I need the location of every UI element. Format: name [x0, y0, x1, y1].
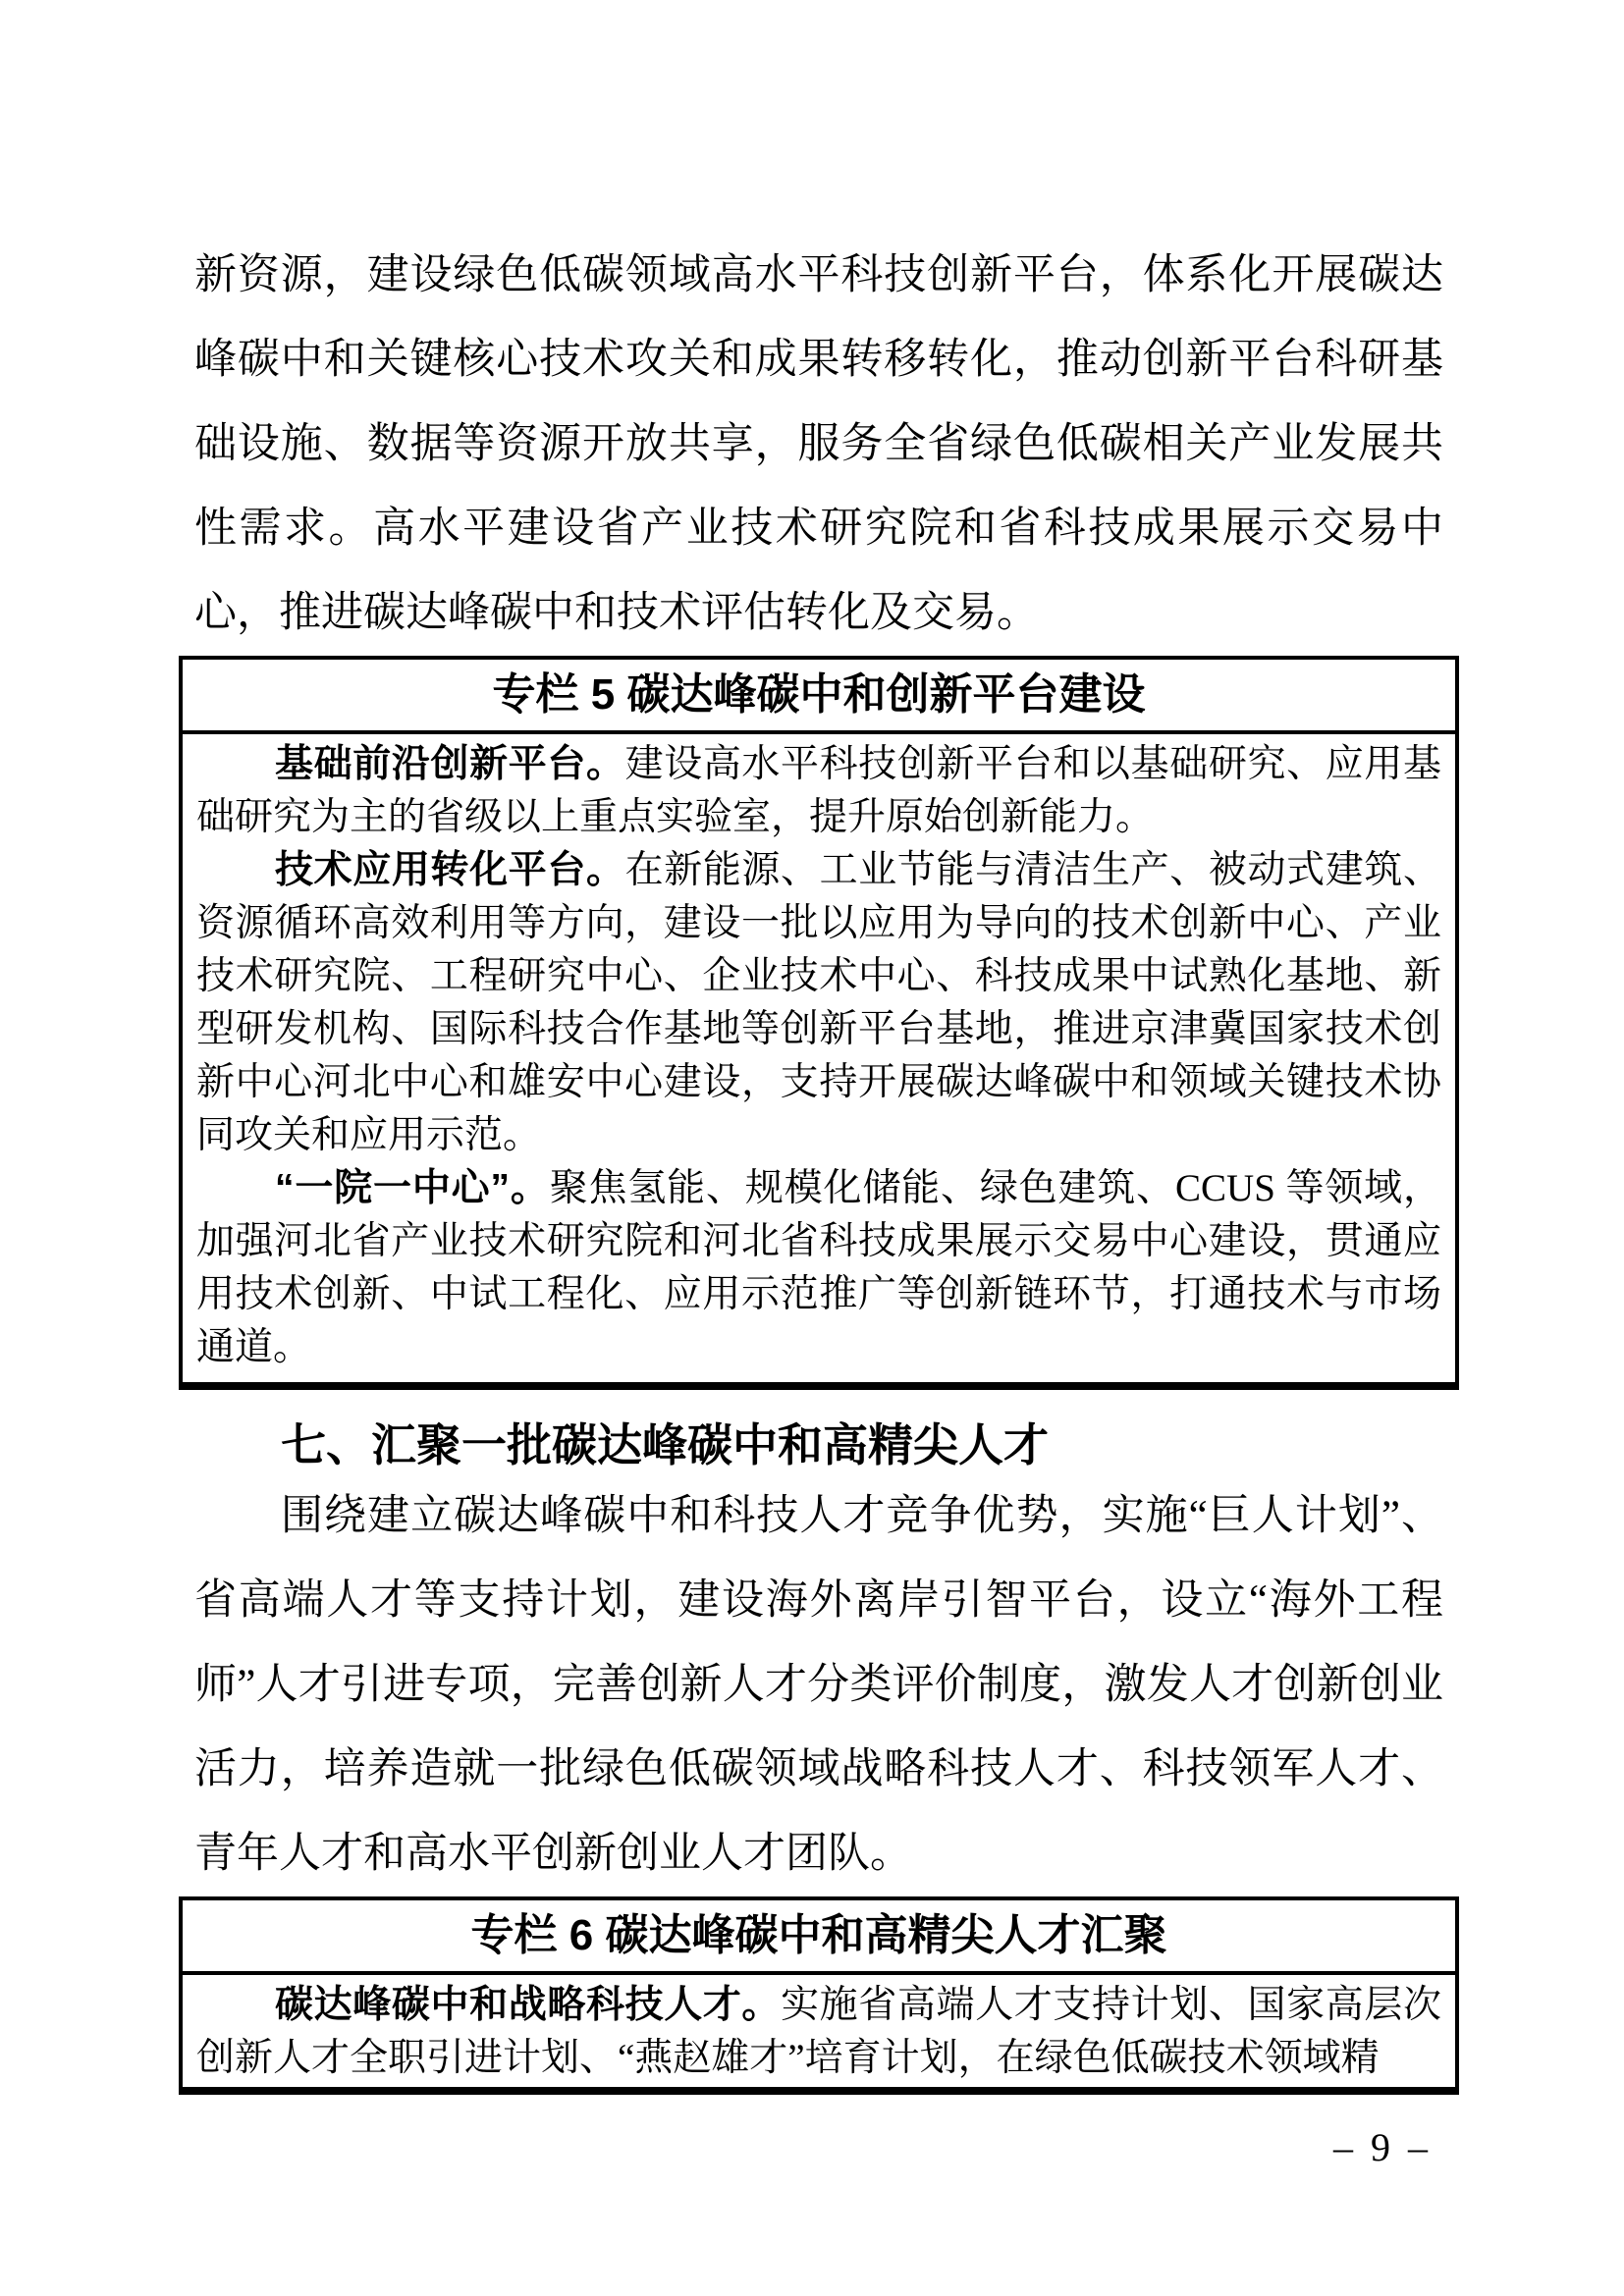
document-page: 新资源，建设绿色低碳领域高水平科技创新平台，体系化开展碳达峰碳中和关键核心技术攻…	[0, 0, 1624, 2296]
box5-item-2: 技术应用转化平台。在新能源、工业节能与清洁生产、被动式建筑、资源循环高效利用等方…	[196, 844, 1441, 1162]
box6-item-1-lead: 碳达峰碳中和战略科技人才。	[275, 1984, 781, 2026]
box5-item-2-text: 在新能源、工业节能与清洁生产、被动式建筑、资源循环高效利用等方向，建设一批以应用…	[196, 849, 1441, 1156]
box5-item-3: “一院一中心”。聚焦氢能、规模化储能、绿色建筑、CCUS 等领域，加强河北省产业…	[196, 1162, 1441, 1374]
column-box-6-title: 专栏 6 碳达峰碳中和高精尖人才汇聚	[183, 1900, 1455, 1975]
section-heading-7: 七、汇聚一批碳达峰碳中和高精尖人才	[281, 1415, 1443, 1474]
paragraph-intro: 新资源，建设绿色低碳领域高水平科技创新平台，体系化开展碳达峰碳中和关键核心技术攻…	[194, 234, 1443, 656]
box6-item-1: 碳达峰碳中和战略科技人才。实施省高端人才支持计划、国家高层次创新人才全职引进计划…	[196, 1979, 1441, 2085]
column-box-6: 专栏 6 碳达峰碳中和高精尖人才汇聚 碳达峰碳中和战略科技人才。实施省高端人才支…	[179, 1896, 1459, 2095]
column-box-6-body: 碳达峰碳中和战略科技人才。实施省高端人才支持计划、国家高层次创新人才全职引进计划…	[183, 1975, 1455, 2087]
box5-item-3-lead: “一院一中心”。	[275, 1167, 550, 1209]
box5-item-2-lead: 技术应用转化平台。	[275, 849, 625, 891]
page-number: – 9 –	[1333, 2128, 1432, 2167]
column-box-5-title: 专栏 5 碳达峰碳中和创新平台建设	[183, 660, 1455, 734]
page-content: 新资源，建设绿色低碳领域高水平科技创新平台，体系化开展碳达峰碳中和关键核心技术攻…	[194, 234, 1443, 2095]
box5-item-1-lead: 基础前沿创新平台。	[275, 743, 625, 785]
box5-item-1: 基础前沿创新平台。建设高水平科技创新平台和以基础研究、应用基础研究为主的省级以上…	[196, 738, 1441, 844]
column-box-5-body: 基础前沿创新平台。建设高水平科技创新平台和以基础研究、应用基础研究为主的省级以上…	[183, 734, 1455, 1382]
column-box-5: 专栏 5 碳达峰碳中和创新平台建设 基础前沿创新平台。建设高水平科技创新平台和以…	[179, 656, 1459, 1390]
paragraph-section-7: 围绕建立碳达峰碳中和科技人才竞争优势，实施“巨人计划”、省高端人才等支持计划，建…	[194, 1474, 1443, 1896]
